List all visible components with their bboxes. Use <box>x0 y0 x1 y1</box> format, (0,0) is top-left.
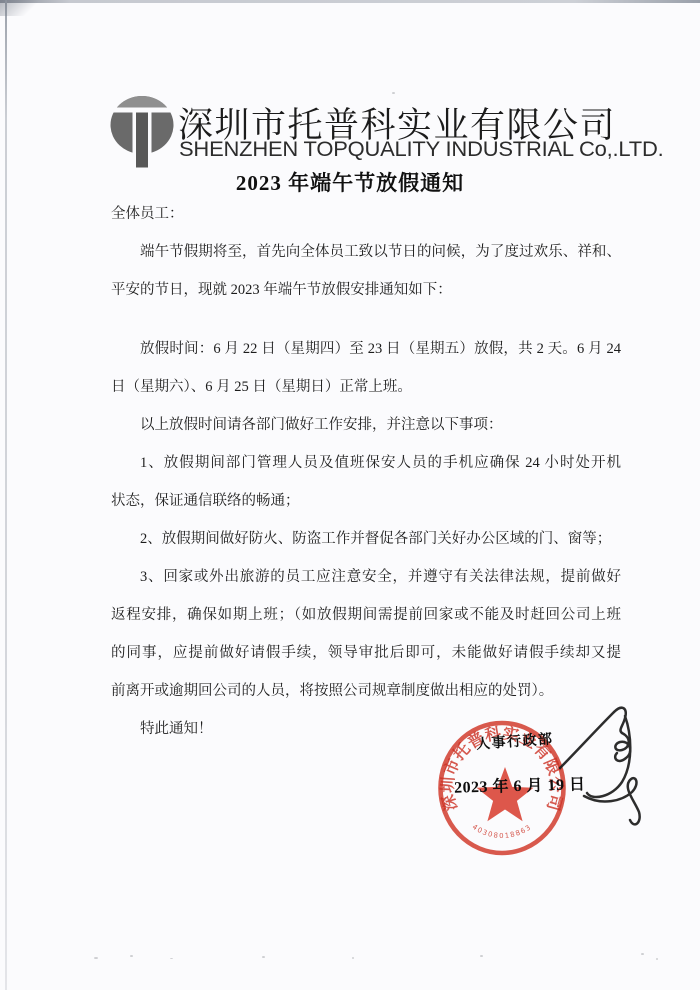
body-line: 以上放假时间请各部门做好工作安排，并注意以下事项： <box>111 406 621 444</box>
body-line: 的同事，应提前做好请假手续，领导审批后即可，未能做好请假手续却又提 <box>111 634 621 672</box>
body-line: 2、放假期间做好防火、防盗工作并督促各部门关好办公区域的门、窗等； <box>111 520 621 558</box>
body-line: 日（星期六）、6 月 25 日（星期日）正常上班。 <box>111 368 621 406</box>
body-line: 3、回家或外出旅游的员工应注意安全，并遵守有关法律法规，提前做好 <box>111 558 621 596</box>
scan-speck <box>641 953 644 955</box>
scan-speck <box>170 958 173 959</box>
scan-speck <box>656 958 658 960</box>
notice-title: 2023 年端午节放假通知 <box>0 167 700 197</box>
scan-edge-left <box>5 0 7 990</box>
scan-corner-shade <box>0 0 42 16</box>
company-logo-icon <box>110 95 174 173</box>
salutation-line: 全体员工： <box>111 195 621 233</box>
body-line: 返程安排，确保如期上班；（如放假期间需提前回家或不能及时赶回公司上班 <box>111 596 621 634</box>
body-line: 端午节假期将至，首先向全体员工致以节日的问候，为了度过欢乐、祥和、 <box>111 233 621 271</box>
handwritten-signature-icon <box>556 702 656 837</box>
scan-edge-top <box>0 0 700 3</box>
body-line: 1、放假期间部门管理人员及值班保安人员的手机应确保 24 小时处开机 <box>111 444 621 482</box>
body-line: 前离开或逾期回公司的人员，将按照公司规章制度做出相应的处罚）。 <box>111 672 621 710</box>
scan-speck <box>352 957 354 959</box>
body-line: 平安的节日，现就 2023 年端午节放假安排通知如下： <box>111 271 621 309</box>
scanned-notice-document: { "header": { "logo_icon": "topquality-t… <box>0 0 700 990</box>
scan-speck <box>392 92 395 94</box>
scan-speck <box>480 955 483 957</box>
scan-speck <box>94 957 98 959</box>
body-line: 状态，保证通信联络的畅通； <box>111 482 621 520</box>
scan-speck <box>262 956 265 958</box>
body-line: 放假时间：6 月 22 日（星期四）至 23 日（星期五）放假，共 2 天。6 … <box>111 330 621 368</box>
scan-speck <box>130 955 133 957</box>
company-name-en: SHENZHEN TOPQUALITY INDUSTRIAL Co,.LTD. <box>179 138 644 162</box>
notice-body: 全体员工： 端午节假期将至，首先向全体员工致以节日的问候，为了度过欢乐、祥和、 … <box>111 195 621 748</box>
